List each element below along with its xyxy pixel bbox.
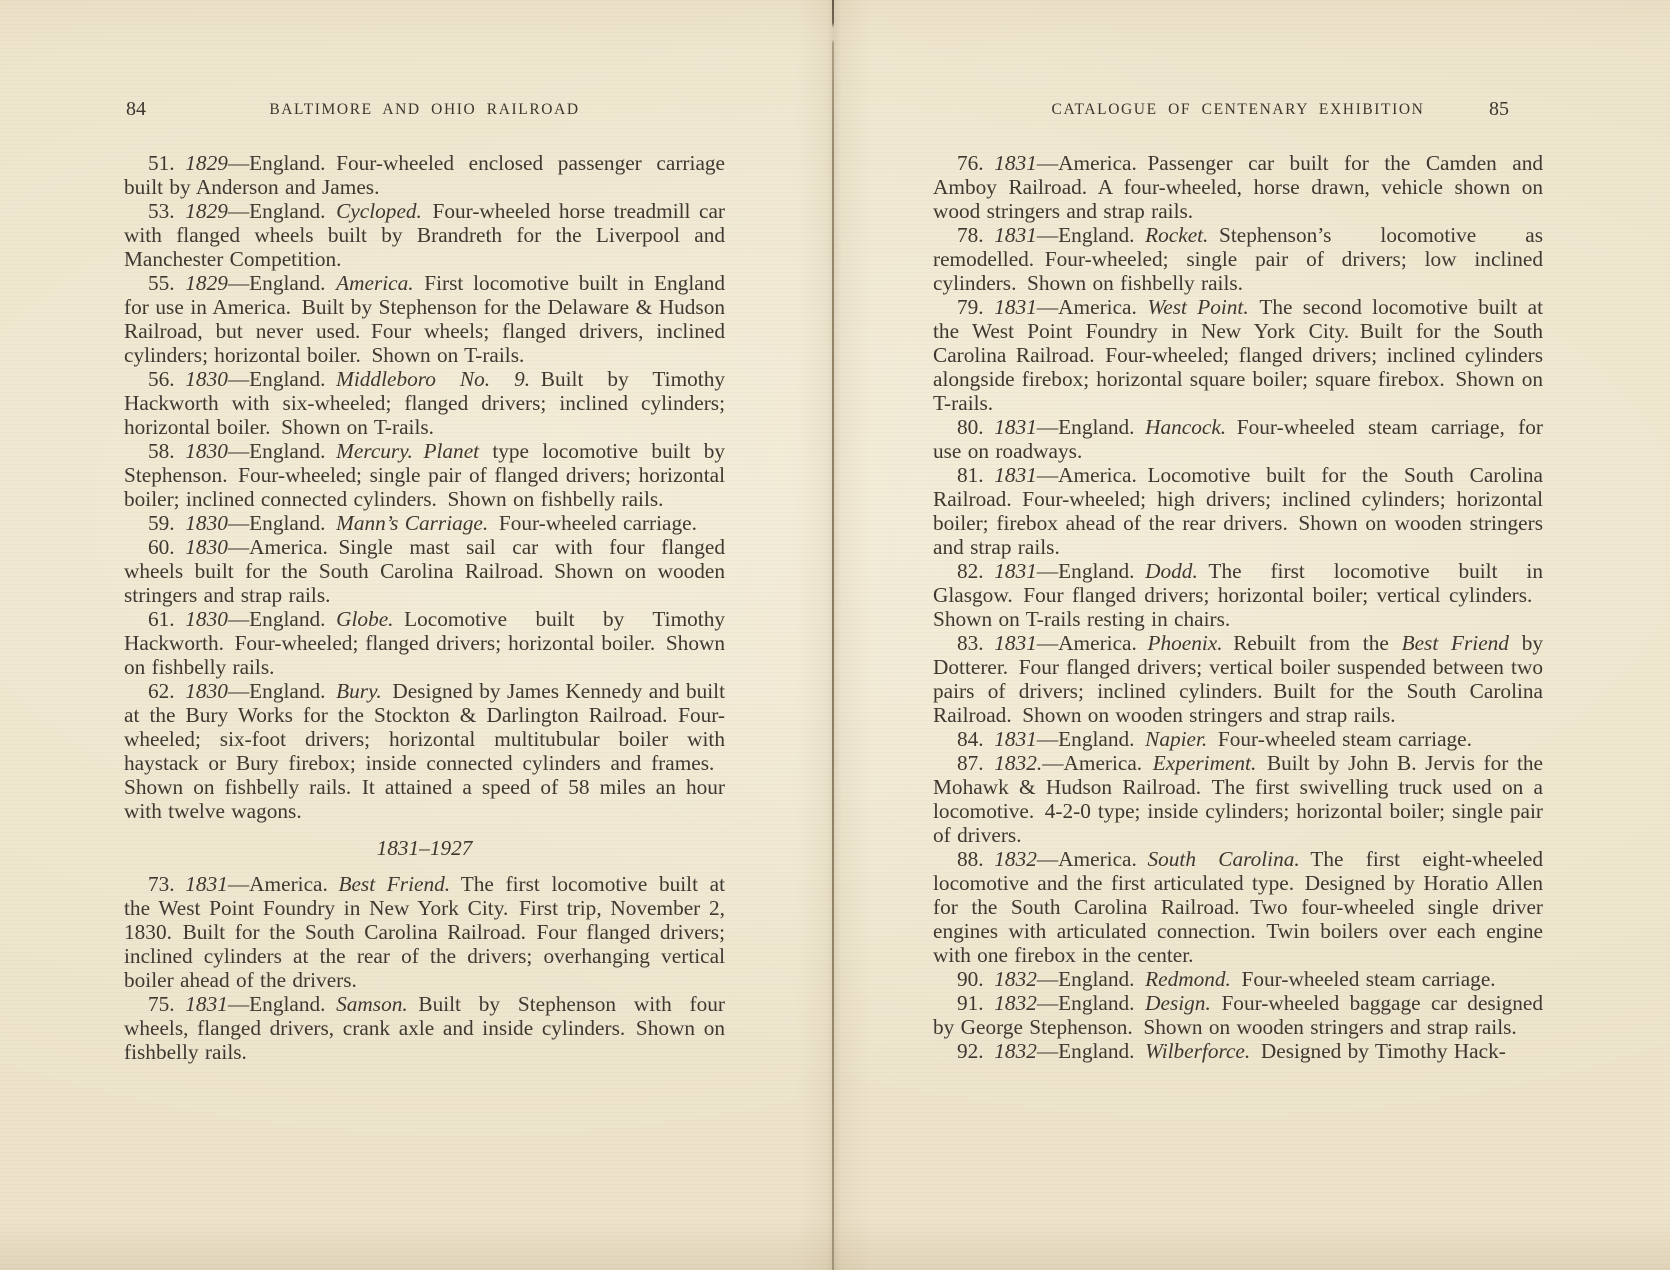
- entry-text: 80.: [957, 415, 994, 439]
- entry-text-italic: Hancock.: [1145, 415, 1226, 439]
- entry-text-italic: 1829: [185, 271, 228, 295]
- entry-text: Four-wheeled steam carriage.: [1231, 967, 1496, 991]
- entry-text: —America.: [228, 872, 339, 896]
- entry-text: 90.: [957, 967, 994, 991]
- entry-text-italic: 1832.: [994, 751, 1042, 775]
- entry-text: —England.: [1037, 991, 1145, 1015]
- entry-text: 53.: [148, 199, 185, 223]
- entry-text-italic: Best Friend: [1402, 631, 1509, 655]
- entry-text: —England.: [228, 271, 336, 295]
- entry-text-italic: Mercury.: [336, 439, 413, 463]
- entry-text: —England.: [1037, 1039, 1145, 1063]
- catalog-entry: 55. 1829—England. America. First locomot…: [124, 271, 725, 367]
- entry-text: 88.: [957, 847, 994, 871]
- catalog-entry: 88. 1832—America. South Carolina. The fi…: [933, 847, 1543, 967]
- entry-text-italic: West Point.: [1147, 295, 1248, 319]
- entry-text-italic: Best Friend.: [338, 872, 450, 896]
- entry-text-italic: Rocket.: [1145, 223, 1208, 247]
- left-page-number: 84: [126, 98, 146, 121]
- entry-text-italic: 1831–1927: [377, 836, 473, 860]
- entry-text-italic: Dodd.: [1145, 559, 1198, 583]
- entry-text: 62.: [148, 679, 185, 703]
- catalog-entry: 51. 1829—England. Four-wheeled enclosed …: [124, 151, 725, 199]
- entry-text: —England.: [228, 992, 336, 1016]
- entry-text: 91.: [957, 991, 994, 1015]
- entry-text-italic: 1830: [185, 679, 228, 703]
- entry-text-italic: 1832: [994, 991, 1037, 1015]
- entry-text: 75.: [148, 992, 185, 1016]
- entry-text: 73.: [148, 872, 185, 896]
- catalog-entry: 83. 1831—America. Phoenix. Rebuilt from …: [933, 631, 1543, 727]
- left-running-title: BALTIMORE AND OHIO RAILROAD: [124, 98, 725, 119]
- entry-text-italic: 1830: [185, 535, 228, 559]
- left-running-head: 84 BALTIMORE AND OHIO RAILROAD: [124, 98, 725, 122]
- entry-text-italic: 1830: [185, 439, 228, 463]
- entry-text-italic: Design.: [1145, 991, 1211, 1015]
- entry-text-italic: 1831: [185, 992, 228, 1016]
- entry-text-italic: Globe.: [336, 607, 393, 631]
- entry-text-italic: 1831: [994, 295, 1037, 319]
- entry-text: 78.: [957, 223, 994, 247]
- entry-text-italic: 1829: [185, 151, 228, 175]
- entry-text: 59.: [148, 511, 185, 535]
- right-page-number: 85: [1489, 98, 1509, 121]
- entry-text: 60.: [148, 535, 185, 559]
- entry-text-italic: 1832: [994, 1039, 1037, 1063]
- entry-text: 82.: [957, 559, 994, 583]
- entry-text: —England.: [228, 511, 336, 535]
- entry-text: Four-wheeled steam carriage.: [1207, 727, 1472, 751]
- catalog-entry: 80. 1831—England. Hancock. Four-wheeled …: [933, 415, 1543, 463]
- right-page: CATALOGUE OF CENTENARY EXHIBITION 85 76.…: [933, 98, 1543, 1063]
- page-gutter: [832, 0, 834, 1270]
- entry-text-italic: Wilberforce.: [1145, 1039, 1250, 1063]
- entry-text: —England.: [228, 367, 336, 391]
- entry-text-italic: 1831: [994, 415, 1037, 439]
- entry-text: Rebuilt from the: [1223, 631, 1402, 655]
- entry-text: 84.: [957, 727, 994, 751]
- entry-text-italic: 1831: [994, 559, 1037, 583]
- entry-text: [413, 439, 424, 463]
- entry-text-italic: Bury.: [336, 679, 382, 703]
- catalog-entry: 58. 1830—England. Mercury. Planet type l…: [124, 439, 725, 511]
- catalog-entry: 76. 1831—America. Passenger car built fo…: [933, 151, 1543, 223]
- catalog-entry: 60. 1830—America. Single mast sail car w…: [124, 535, 725, 607]
- entry-text-italic: 1831: [185, 872, 228, 896]
- catalog-entry: 90. 1832—England. Redmond. Four-wheeled …: [933, 967, 1543, 991]
- book-spread: 84 BALTIMORE AND OHIO RAILROAD 51. 1829—…: [0, 0, 1670, 1270]
- catalog-entry: 82. 1831—England. Dodd. The first locomo…: [933, 559, 1543, 631]
- entry-text-italic: 1832: [994, 847, 1037, 871]
- entry-text-italic: Cycloped.: [336, 199, 422, 223]
- entry-text-italic: 1832: [994, 967, 1037, 991]
- entry-text-italic: Experiment.: [1153, 751, 1257, 775]
- catalog-entry: 61. 1830—England. Globe. Locomotive buil…: [124, 607, 725, 679]
- catalog-entry: 62. 1830—England. Bury. Designed by Jame…: [124, 679, 725, 823]
- entry-text: Designed by Timothy Hack-: [1250, 1039, 1506, 1063]
- catalog-entry: 78. 1831—England. Rocket. Stephenson’s l…: [933, 223, 1543, 295]
- entry-text: 79.: [957, 295, 994, 319]
- entry-text: 58.: [148, 439, 185, 463]
- entry-text: 61.: [148, 607, 185, 631]
- left-page: 84 BALTIMORE AND OHIO RAILROAD 51. 1829—…: [124, 98, 725, 1064]
- gutter-shadow: [796, 0, 872, 1270]
- entry-text: —America.: [1037, 847, 1148, 871]
- catalog-entry: 81. 1831—America. Locomotive built for t…: [933, 463, 1543, 559]
- catalog-entry: 87. 1832.—America. Experiment. Built by …: [933, 751, 1543, 847]
- entry-text: —England.: [228, 679, 336, 703]
- entry-text: 81.: [957, 463, 994, 487]
- entry-text-italic: Mann’s Carriage.: [336, 511, 488, 535]
- entry-text: —England.: [228, 199, 336, 223]
- entry-text: —England.: [228, 607, 336, 631]
- catalog-entry: 75. 1831—England. Samson. Built by Steph…: [124, 992, 725, 1064]
- catalog-entry: 84. 1831—England. Napier. Four-wheeled s…: [933, 727, 1543, 751]
- entry-text: 55.: [148, 271, 185, 295]
- catalog-entry: 79. 1831—America. West Point. The second…: [933, 295, 1543, 415]
- entry-text-italic: 1831: [994, 463, 1037, 487]
- entry-text: 56.: [148, 367, 185, 391]
- catalog-entry: 73. 1831—America. Best Friend. The first…: [124, 872, 725, 992]
- entry-text: 87.: [957, 751, 994, 775]
- entry-text: —America.: [1042, 751, 1153, 775]
- catalog-entry: 59. 1830—England. Mann’s Carriage. Four-…: [124, 511, 725, 535]
- entry-text-italic: Samson.: [336, 992, 408, 1016]
- entry-text: —England.: [1037, 559, 1145, 583]
- left-page-entries: 51. 1829—England. Four-wheeled enclosed …: [124, 151, 725, 1064]
- entry-text: —England.: [1037, 727, 1145, 751]
- entry-text: —England.: [1037, 415, 1145, 439]
- entry-text-italic: 1831: [994, 151, 1037, 175]
- entry-text-italic: 1831: [994, 223, 1037, 247]
- entry-text-italic: South Carolina.: [1147, 847, 1299, 871]
- entry-text: 92.: [957, 1039, 994, 1063]
- right-running-head: CATALOGUE OF CENTENARY EXHIBITION 85: [933, 98, 1543, 122]
- entry-text-italic: 1830: [185, 511, 228, 535]
- entry-text-italic: 1831: [994, 727, 1037, 751]
- entry-text: —England.: [1037, 967, 1145, 991]
- entry-text-italic: Redmond.: [1145, 967, 1231, 991]
- entry-text-italic: Phoenix.: [1147, 631, 1222, 655]
- catalog-entry: 53. 1829—England. Cycloped. Four-wheeled…: [124, 199, 725, 271]
- entry-text-italic: 1830: [185, 607, 228, 631]
- section-heading: 1831–1927: [124, 836, 725, 860]
- entry-text-italic: America.: [336, 271, 413, 295]
- right-running-title: CATALOGUE OF CENTENARY EXHIBITION: [933, 98, 1543, 119]
- entry-text: 83.: [957, 631, 994, 655]
- entry-text-italic: Napier.: [1145, 727, 1207, 751]
- catalog-entry: 91. 1832—England. Design. Four-wheeled b…: [933, 991, 1543, 1039]
- catalog-entry: 92. 1832—England. Wilberforce. Designed …: [933, 1039, 1543, 1063]
- entry-text: —America.: [1037, 631, 1148, 655]
- entry-text-italic: 1829: [185, 199, 228, 223]
- entry-text: 76.: [957, 151, 994, 175]
- entry-text: —England.: [1037, 223, 1145, 247]
- entry-text-italic: Middleboro No. 9.: [336, 367, 530, 391]
- catalog-entry: 56. 1830—England. Middleboro No. 9. Buil…: [124, 367, 725, 439]
- entry-text: Four-wheeled carriage.: [488, 511, 697, 535]
- entry-text: —America.: [1037, 295, 1148, 319]
- entry-text-italic: 1830: [185, 367, 228, 391]
- entry-text-italic: Planet: [423, 439, 479, 463]
- entry-text-italic: 1831: [994, 631, 1037, 655]
- right-page-entries: 76. 1831—America. Passenger car built fo…: [933, 151, 1543, 1063]
- entry-text: 51.: [148, 151, 185, 175]
- entry-text: —England.: [228, 439, 336, 463]
